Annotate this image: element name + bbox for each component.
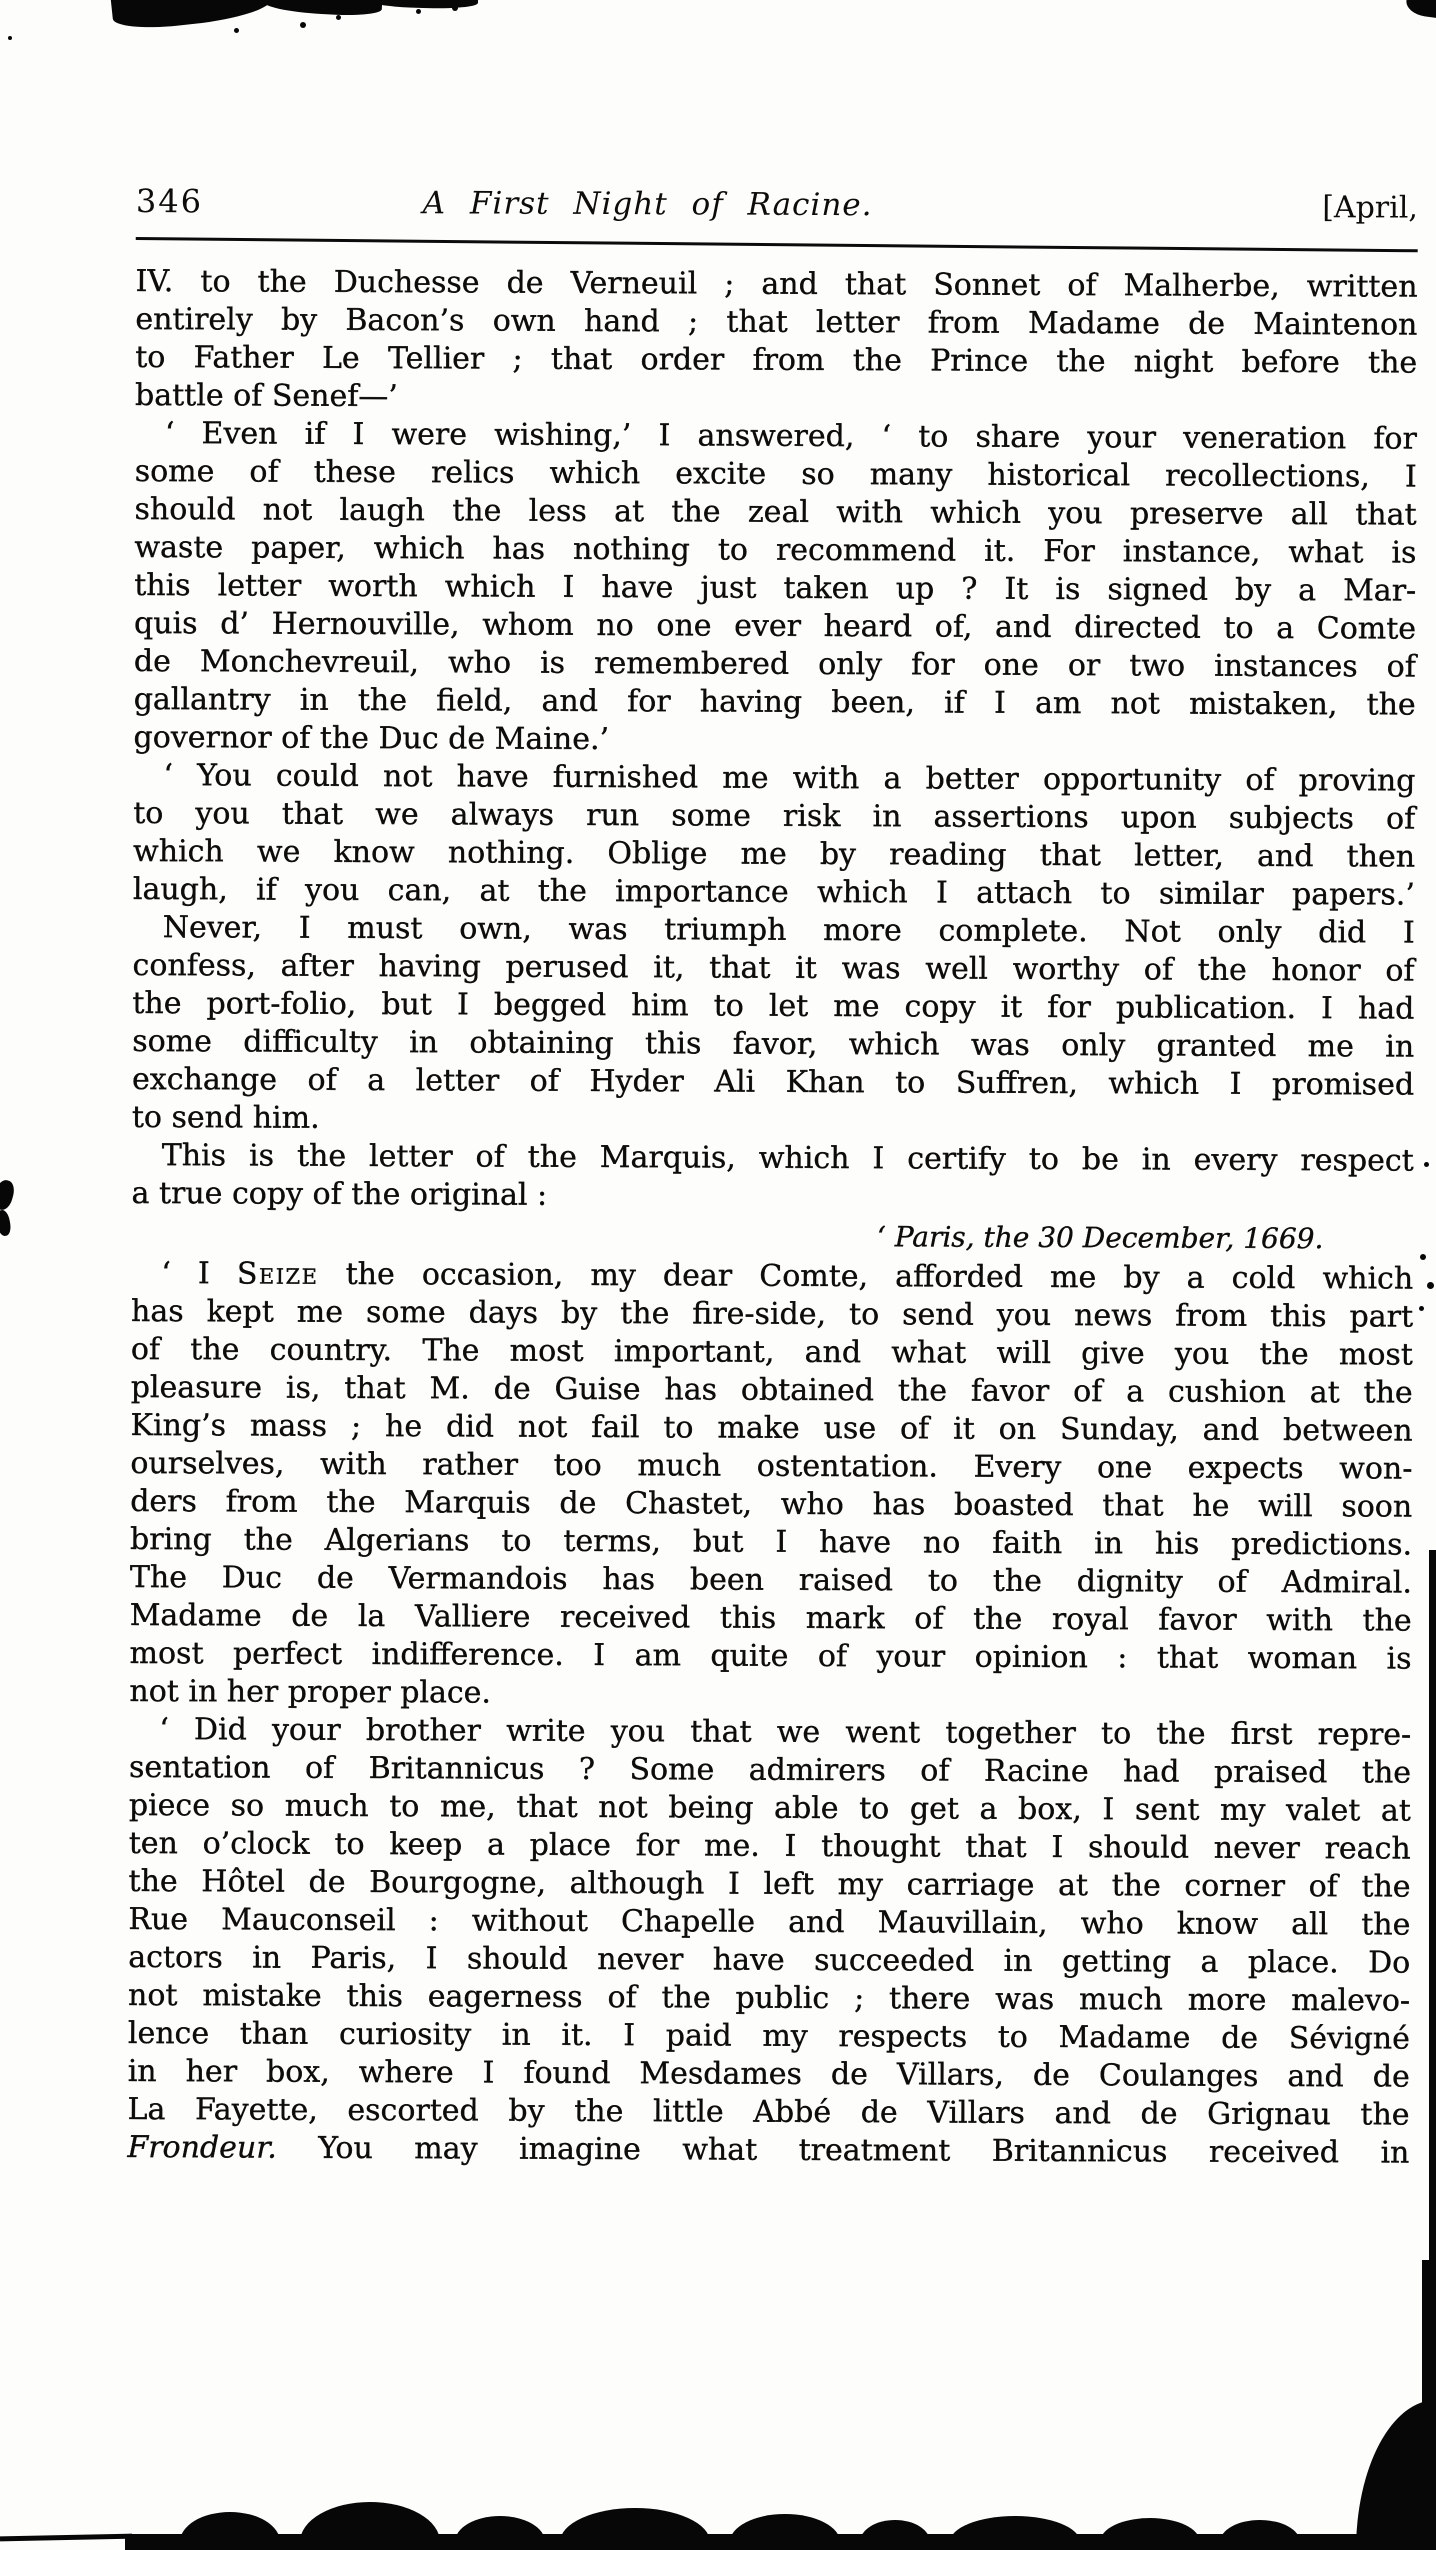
text-line: exchange of a letter of Hyder Ali Khan t… [132,1061,1414,1105]
text-line: pleasure is, that M. de Guise has obtain… [131,1369,1413,1413]
text-line: ten o’clock to keep a place for me. I th… [129,1825,1411,1869]
text-line: piece so much to me, that not being able… [129,1787,1411,1831]
paragraph: ‘ I Seize the occasion, my dear Comte, a… [129,1255,1413,1717]
text-line: Frondeur. You may imagine what treatment… [127,2129,1409,2173]
scan-smudge-top [368,0,478,10]
paragraph: ‘ Did your brother write you that we wen… [127,1711,1411,2173]
scan-speck [336,15,341,20]
scan-bottom-blot [860,2520,930,2542]
scan-corner-mark [1405,0,1436,18]
scan-bottom-blot [1220,2520,1300,2542]
running-title: A First Night of Racine. [423,185,873,223]
text-line: Rue Mauconseil : without Chapelle and Ma… [128,1901,1410,1945]
scan-speck [1420,1254,1426,1260]
scan-speck [234,28,239,33]
text-line: to Father Le Tellier ; that order from t… [135,339,1417,383]
text-line: King’s mass ; he did not fail to make us… [130,1407,1412,1451]
text-line: in her box, where I found Mesdames de Vi… [128,2053,1410,2097]
text-line: some difficulty in obtaining this favor,… [132,1023,1414,1067]
text-span: You may imagine what treatment Britannic… [277,2131,1410,2171]
scan-bottom-blot [730,2514,840,2542]
text-line: sentation of Britannicus ? Some admirers… [129,1749,1411,1793]
scan-speck [300,22,306,28]
text-line: ‘ I Seize the occasion, my dear Comte, a… [131,1255,1413,1299]
scan-bottom-blot [560,2508,710,2542]
text-span: ‘ I [161,1256,237,1291]
text-line: ders from the Marquis de Chastet, who ha… [130,1483,1412,1527]
text-line: ourselves, with rather too much ostentat… [130,1445,1412,1489]
scan-bottom-band [0,2534,132,2542]
scan-left-margin-mark [0,1178,17,1212]
scan-bottom-blot [300,2502,440,2542]
text-line: ‘ Did your brother write you that we wen… [129,1711,1411,1755]
scan-speck [8,36,12,40]
scan-left-margin-mark [0,1209,12,1237]
scan-bottom-blot [1100,2518,1200,2542]
italic-word: Frondeur. [127,2130,277,2166]
text-line: confess, after having perused it, that i… [132,947,1414,991]
text-line: waste paper, which has nothing to recomm… [134,529,1416,573]
text-line: the port-folio, but I begged him to let … [132,985,1414,1029]
scan-speck [416,9,421,14]
scan-speck [1424,1162,1429,1167]
text-line: governor of the Duc de Maine.’ [133,719,1415,763]
text-line: ‘ You could not have furnished me with a… [133,757,1415,801]
scan-speck [452,5,458,11]
page-number: 346 [136,182,203,220]
text-line: laugh, if you can, at the importance whi… [133,871,1415,915]
small-caps-word: Seize [237,1256,319,1291]
scan-bottom-blot [950,2516,1080,2542]
text-line: battle of Senef—’ [135,377,1417,421]
text-line: The Duc de Vermandois has been raised to… [130,1559,1412,1603]
text-line: actors in Paris, I should never have suc… [128,1939,1410,1983]
text-line: which we know nothing. Oblige me by read… [133,833,1415,877]
header-rule [136,237,1418,252]
text-line: to send him. [132,1099,1414,1143]
page-header: 346 A First Night of Racine. [April, [136,182,1418,226]
scan-bottom-blot [455,2516,545,2542]
text-line: lence than curiosity in it. I paid my re… [128,2015,1410,2059]
paragraph: ‘ Even if I were wishing,’ I answered, ‘… [133,415,1416,763]
text-line: to you that we always run some risk in a… [133,795,1415,839]
text-line: of the country. The most important, and … [131,1331,1413,1375]
scan-bottom-corner [1356,2400,1436,2550]
issue-date-label: [April, [1322,190,1418,225]
paragraph: IV. to the Duchesse de Verneuil ; and th… [135,263,1418,421]
scan-smudge-top [262,0,383,17]
text-line: Madame de la Valliere received this mark… [130,1597,1412,1641]
text-line: most perfect indifference. I am quite of… [129,1635,1411,1679]
paragraph: Never, I must own, was triumph more comp… [132,909,1415,1143]
scan-bottom-blot [180,2512,280,2542]
article-text: IV. to the Duchesse de Verneuil ; and th… [127,263,1417,2173]
page-content: 346 A First Night of Racine. [April, IV.… [127,182,1418,2173]
text-line: this letter worth which I have just take… [134,567,1416,611]
text-line: has kept me some days by the fire-side, … [131,1293,1413,1337]
text-line: entirely by Bacon’s own hand ; that lett… [135,301,1417,345]
text-line: a true copy of the original : [132,1175,1414,1219]
scan-speck [1419,1306,1424,1311]
text-line: quis d’ Hernouville, whom no one ever he… [134,605,1416,649]
scan-smudge-top [150,2,210,18]
scan-speck [1427,1282,1434,1289]
text-line: not in her proper place. [129,1673,1411,1717]
letter-dateline: ‘ Paris, the 30 December, 1669. [131,1213,1413,1261]
text-line: Never, I must own, was triumph more comp… [133,909,1415,953]
text-line: gallantry in the field, and for having b… [134,681,1416,725]
text-line: bring the Algerians to terms, but I have… [130,1521,1412,1565]
text-line: the Hôtel de Bourgogne, although I left … [128,1863,1410,1907]
text-line: some of these relics which excite so man… [135,453,1417,497]
text-line: IV. to the Duchesse de Verneuil ; and th… [135,263,1417,307]
text-line: La Fayette, escorted by the little Abbé … [128,2091,1410,2135]
text-line: should not laugh the less at the zeal wi… [134,491,1416,535]
paragraph: This is the letter of the Marquis, which… [132,1137,1414,1219]
text-line: ‘ Even if I were wishing,’ I answered, ‘… [135,415,1417,459]
text-line: This is the letter of the Marquis, which… [132,1137,1414,1181]
text-line: not mistake this eagerness of the public… [128,1977,1410,2021]
paragraph: ‘ You could not have furnished me with a… [133,757,1416,915]
text-span: the occasion, my dear Comte, afforded me… [318,1257,1413,1297]
text-line: de Monchevreuil, who is remembered only … [134,643,1416,687]
